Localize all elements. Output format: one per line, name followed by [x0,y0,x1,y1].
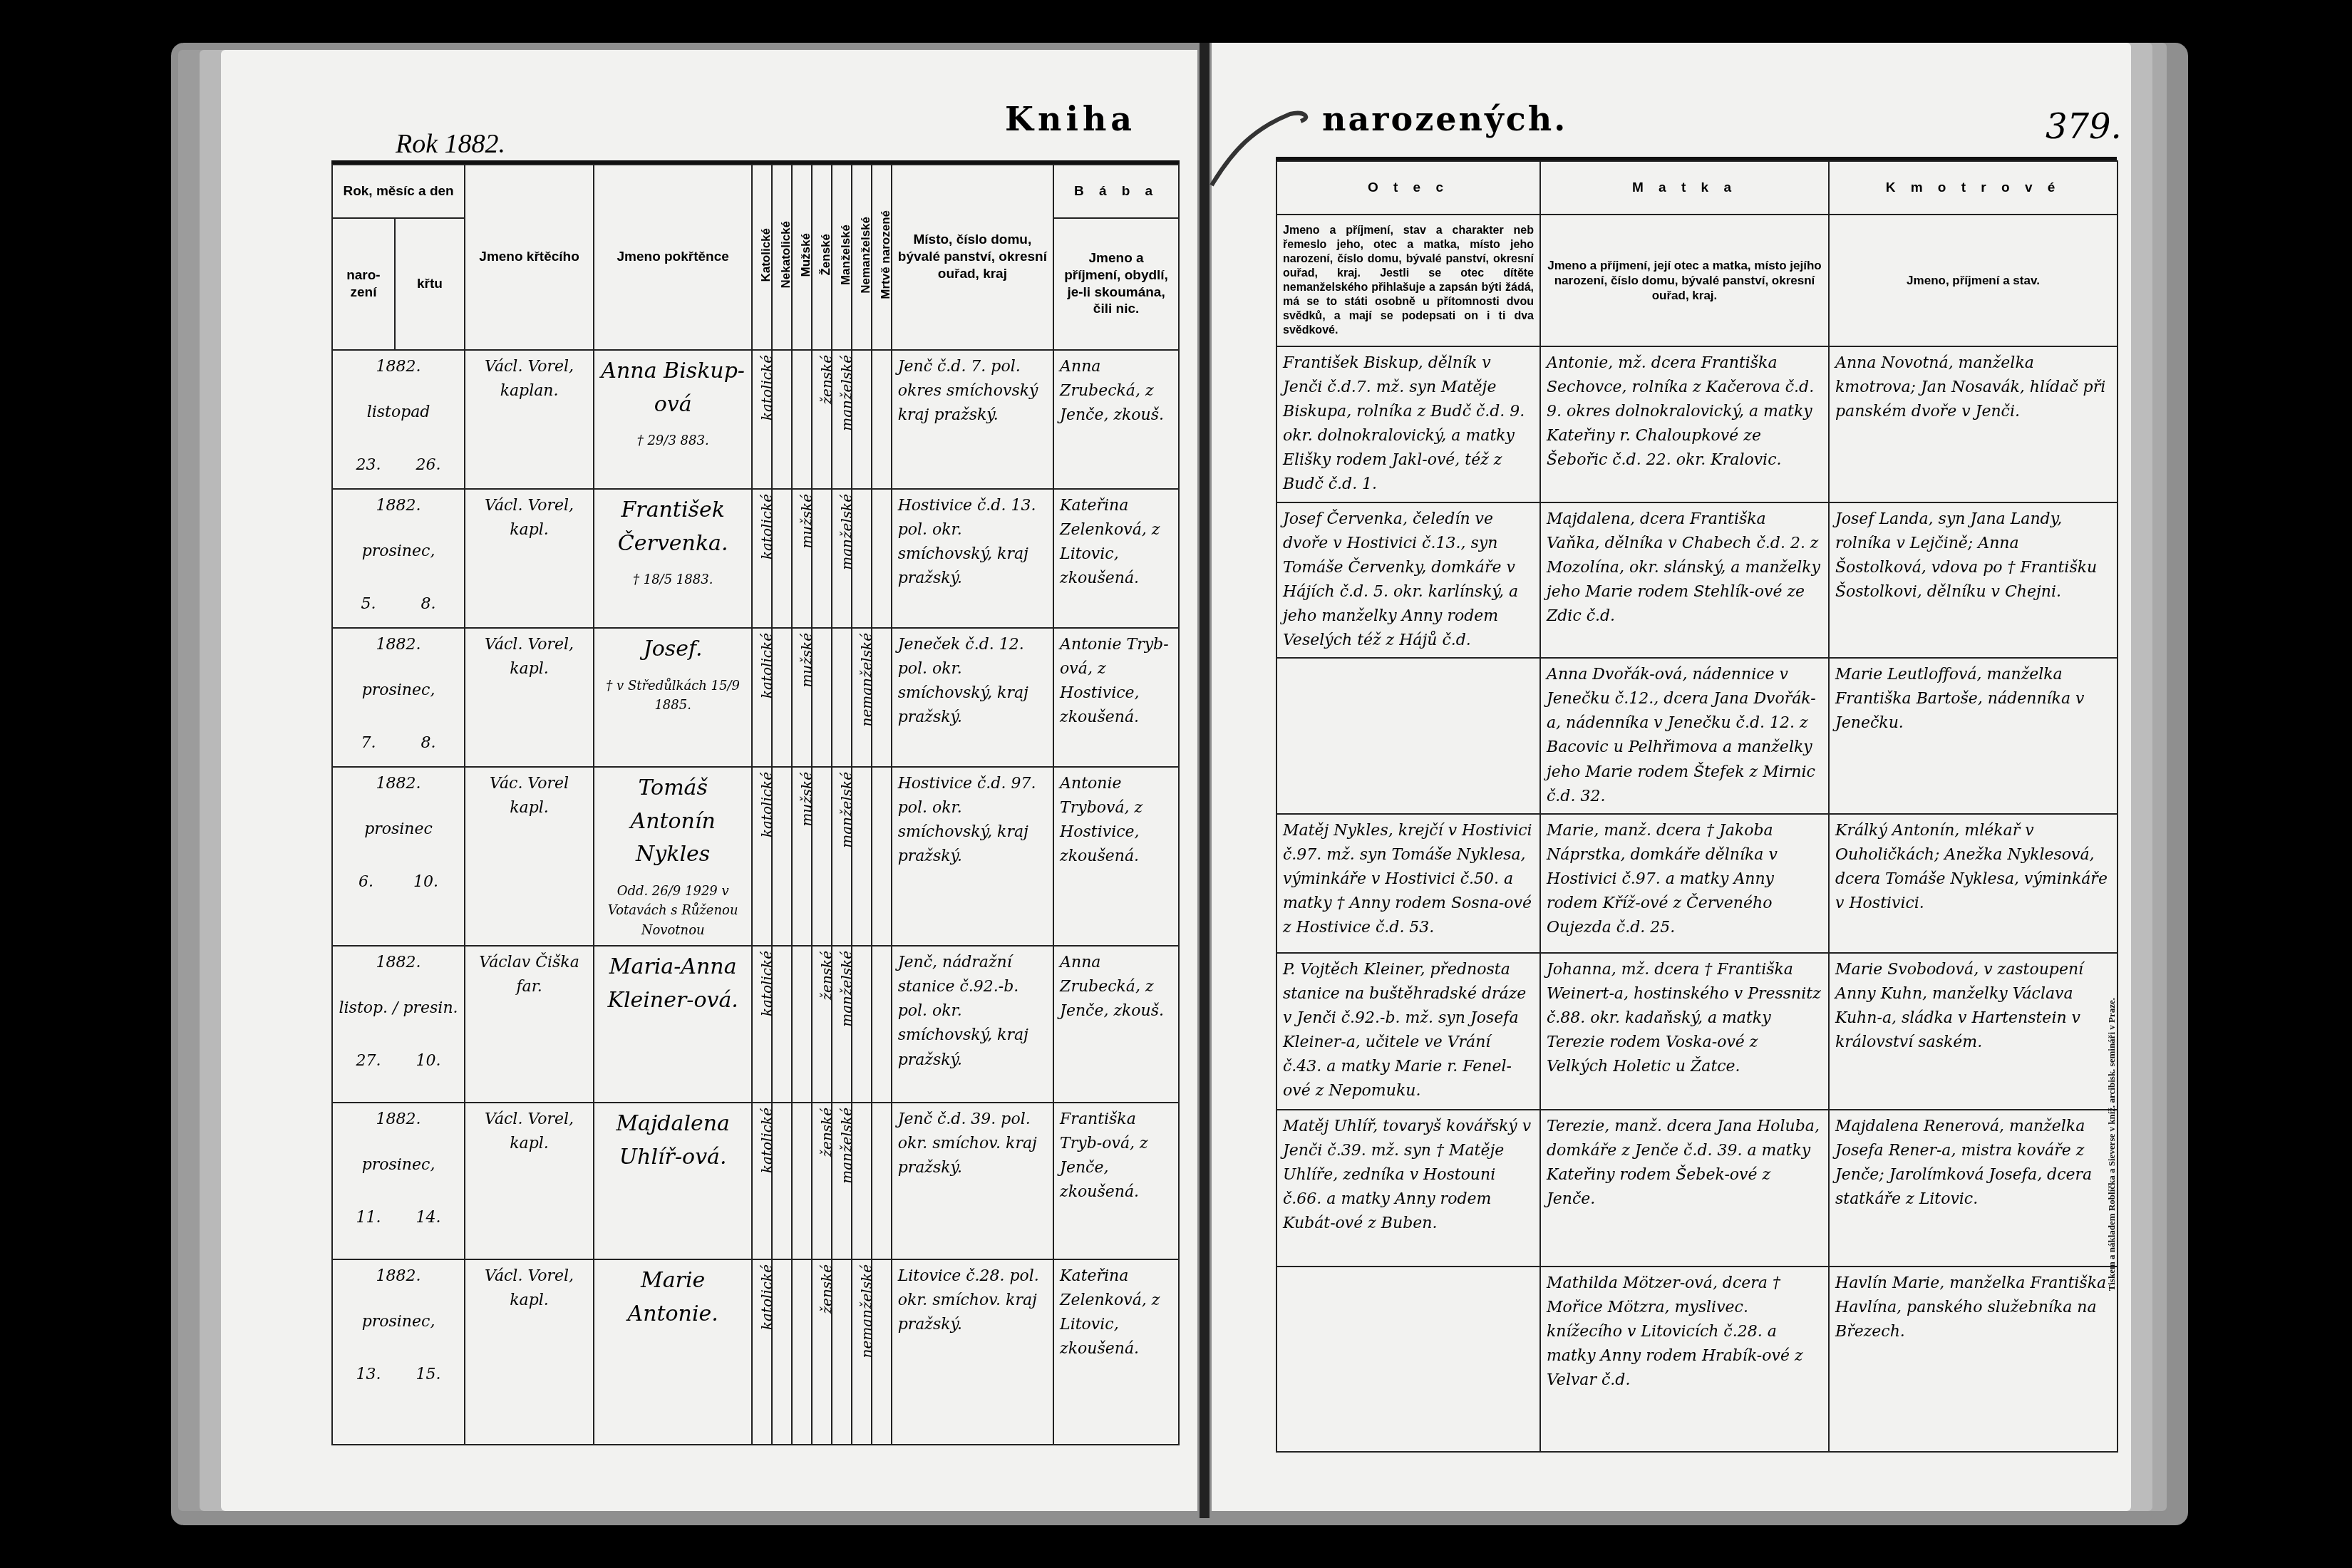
baptizer-cell: Václ. Vorel, kapl. [465,489,594,628]
mother-cell: Marie, manž. dcera † Jakoba Náprstka, do… [1540,814,1829,953]
table-row: František Biskup, dělník v Jenči č.d.7. … [1276,346,2118,502]
flag-cell: katolické [752,767,772,946]
flag-cell: mužské [792,767,812,946]
year-note: Rok 1882. [396,128,505,160]
table-row: 1882. prosinec, 11.14. Václ. Vorel, kapl… [332,1103,1179,1259]
midwife-cell: Kateřina Zelenková, z Litovic, zkoušená. [1053,1259,1179,1445]
table-row: 1882. prosinec, 13.15. Václ. Vorel, kapl… [332,1259,1179,1445]
header-date-birth: naro-zení [332,218,395,350]
header-flag-female: Ženské [812,165,832,350]
header-godparents-sub: Jmeno, příjmení a stav. [1829,215,2118,346]
date-cell: 1882. prosinec, 5.8. [332,489,465,628]
baptizer-cell: Václav Čiška far. [465,946,594,1103]
mother-cell: Johanna, mž. dcera † Františka Weinert-a… [1540,953,1829,1110]
header-child-name: Jmeno pokřtěnce [594,165,752,350]
header-godparents-title: K m o t r o v é [1829,161,2118,215]
godparents-cell: Marie Leutloffová, manželka Františka Ba… [1829,658,2118,814]
date-cell: 1882. prosinec, 7.8. [332,628,465,767]
godparents-cell: Marie Svobodová, v zastoupení Anny Kuhn,… [1829,953,2118,1110]
header-father-sub: Jmeno a příjmení, stav a charakter neb ř… [1276,215,1540,346]
header-place: Místo, číslo domu, bývalé panství, okres… [892,165,1053,350]
place-cell: Jenč č.d. 39. pol. okr. smíchov. kraj pr… [892,1103,1053,1259]
father-cell [1276,1267,1540,1452]
flag-cell: mužské [792,489,812,628]
date-cell: 1882. prosinec 6.10. [332,767,465,946]
flag-cell: nemanželské [852,628,872,767]
baptizer-cell: Václ. Vorel, kapl. [465,1259,594,1445]
midwife-cell: Antonie Tryb-ová, z Hostivice, zkoušená. [1053,628,1179,767]
flag-cell: ženské [812,1259,832,1445]
header-flag-catholic: Katolické [752,165,772,350]
flag-cell: mužské [792,628,812,767]
page-number: 379. [2046,107,2122,147]
child-cell: Josef.† v Středůlkách 15/9 1885. [594,628,752,767]
place-cell: Litovice č.28. pol. okr. smíchov. kraj p… [892,1259,1053,1445]
midwife-cell: Anna Zrubecká, z Jenče, zkouš. [1053,350,1179,489]
flag-cell [872,489,892,628]
title-right: narozených. [1322,100,1567,138]
midwife-cell: Františka Tryb-ová, z Jenče, zkoušená. [1053,1103,1179,1259]
place-cell: Jenč, nádražní stanice č.92.-b. pol. okr… [892,946,1053,1103]
flag-cell: katolické [752,628,772,767]
flag-cell: katolické [752,350,772,489]
table-row: Josef Červenka, čeledín ve dvoře v Hosti… [1276,502,2118,659]
table-row: Matěj Nykles, krejčí v Hostivici č.97. m… [1276,814,2118,953]
table-row: 1882. listopad 23.26. Václ. Vorel, kapla… [332,350,1179,489]
flag-cell: manželské [832,489,852,628]
midwife-cell: Antonie Trybová, z Hostivice, zkoušená. [1053,767,1179,946]
midwife-cell: Kateřina Zelenková, z Litovic, zkoušená. [1053,489,1179,628]
table-row: 1882. listop. / presin. 27.10. Václav Či… [332,946,1179,1103]
book-gutter [1200,43,1209,1518]
date-cell: 1882. listopad 23.26. [332,350,465,489]
header-date-group: Rok, měsíc a den [332,165,465,218]
header-flag-noncatholic: Nekatolické [772,165,792,350]
place-cell: Hostivice č.d. 13. pol. okr. smíchovský,… [892,489,1053,628]
child-cell: Marie Antonie. [594,1259,752,1445]
place-cell: Jeneček č.d. 12. pol. okr. smíchovský, k… [892,628,1053,767]
flag-cell [872,1103,892,1259]
godparents-cell: Josef Landa, syn Jana Landy, rolníka v L… [1829,502,2118,659]
flag-cell: ženské [812,1103,832,1259]
flag-cell [792,946,812,1103]
flag-cell: katolické [752,1103,772,1259]
flag-cell: katolické [752,489,772,628]
flag-cell [792,1103,812,1259]
mother-cell: Majdalena, dcera Františka Vaňka, dělník… [1540,502,1829,659]
flag-cell: katolické [752,1259,772,1445]
flag-cell [872,767,892,946]
flag-cell [792,350,812,489]
father-cell: Matěj Uhlíř, tovaryš kovářský v Jenči č.… [1276,1110,1540,1267]
flag-cell [872,946,892,1103]
header-mother-title: M a t k a [1540,161,1829,215]
header-date-baptism: křtu [395,218,465,350]
godparents-cell: Havlín Marie, manželka Františka Havlína… [1829,1267,2118,1452]
godparents-cell: Králký Antonín, mlékař v Ouholičkách; An… [1829,814,2118,953]
baptizer-cell: Vác. Vorel kapl. [465,767,594,946]
date-cell: 1882. listop. / presin. 27.10. [332,946,465,1103]
header-midwife-title: B á b a [1053,165,1179,218]
table-row: 1882. prosinec, 5.8. Václ. Vorel, kapl. … [332,489,1179,628]
header-flag-stillborn: Mrtvě narozené [872,165,892,350]
father-cell: František Biskup, dělník v Jenči č.d.7. … [1276,346,1540,502]
flag-cell: manželské [832,767,852,946]
table-row: P. Vojtěch Kleiner, přednosta stanice na… [1276,953,2118,1110]
header-baptizer: Jmeno křtěcího [465,165,594,350]
child-cell: Maria-Anna Kleiner-ová. [594,946,752,1103]
header-father-title: O t e c [1276,161,1540,215]
flag-cell [872,350,892,489]
mother-cell: Terezie, manž. dcera Jana Holuba, domkář… [1540,1110,1829,1267]
register-table-right: O t e c M a t k a K m o t r o v é Jmeno … [1276,160,2118,1453]
table-row: Matěj Uhlíř, tovaryš kovářský v Jenči č.… [1276,1110,2118,1267]
baptizer-cell: Václ. Vorel, kaplan. [465,350,594,489]
father-cell: Josef Červenka, čeledín ve dvoře v Hosti… [1276,502,1540,659]
table-row: 1882. prosinec 6.10. Vác. Vorel kapl. To… [332,767,1179,946]
header-flag-legitimate: Manželské [832,165,852,350]
table-row: Anna Dvořák-ová, nádennice v Jenečku č.1… [1276,658,2118,814]
mother-cell: Anna Dvořák-ová, nádennice v Jenečku č.1… [1540,658,1829,814]
father-cell [1276,658,1540,814]
register-table-left: Rok, měsíc a den Jmeno křtěcího Jmeno po… [331,164,1180,1445]
flag-cell: ženské [812,946,832,1103]
child-cell: Majdalena Uhlíř-ová. [594,1103,752,1259]
header-midwife-sub: Jmeno a příjmení, obydlí, je-li skoumána… [1053,218,1179,350]
mother-cell: Antonie, mž. dcera Františka Sechovce, r… [1540,346,1829,502]
child-cell: František Červenka.† 18/5 1883. [594,489,752,628]
place-cell: Jenč č.d. 7. pol. okres smíchovský kraj … [892,350,1053,489]
flag-cell [792,1259,812,1445]
flag-cell: ženské [812,350,832,489]
header-flag-male: Mužské [792,165,812,350]
date-cell: 1882. prosinec, 13.15. [332,1259,465,1445]
table-row: Mathilda Mötzer-ová, dcera † Mořice Mötz… [1276,1267,2118,1452]
title-left: Kniha [1005,100,1136,138]
godparents-cell: Anna Novotná, manželka kmotrova; Jan Nos… [1829,346,2118,502]
father-cell: P. Vojtěch Kleiner, přednosta stanice na… [1276,953,1540,1110]
godparents-cell: Majdalena Renerová, manželka Josefa Rene… [1829,1110,2118,1267]
child-cell: Tomáš Antonín NyklesOdd. 26/9 1929 v Vot… [594,767,752,946]
flag-cell: katolické [752,946,772,1103]
baptizer-cell: Václ. Vorel, kapl. [465,628,594,767]
place-cell: Hostivice č.d. 97. pol. okr. smíchovský,… [892,767,1053,946]
flag-cell: nemanželské [852,1259,872,1445]
baptizer-cell: Václ. Vorel, kapl. [465,1103,594,1259]
midwife-cell: Anna Zrubecká, z Jenče, zkouš. [1053,946,1179,1103]
printer-imprint: Tiskem a nákladem Roblíčka a Sieverse v … [2106,998,2118,1291]
header-flag-illegitimate: Nemanželské [852,165,872,350]
father-cell: Matěj Nykles, krejčí v Hostivici č.97. m… [1276,814,1540,953]
child-cell: Anna Biskup-ová† 29/3 883. [594,350,752,489]
date-cell: 1882. prosinec, 11.14. [332,1103,465,1259]
flag-cell [832,628,852,767]
table-row: 1882. prosinec, 7.8. Václ. Vorel, kapl. … [332,628,1179,767]
header-mother-sub: Jmeno a příjmení, její otec a matka, mís… [1540,215,1829,346]
mother-cell: Mathilda Mötzer-ová, dcera † Mořice Mötz… [1540,1267,1829,1452]
